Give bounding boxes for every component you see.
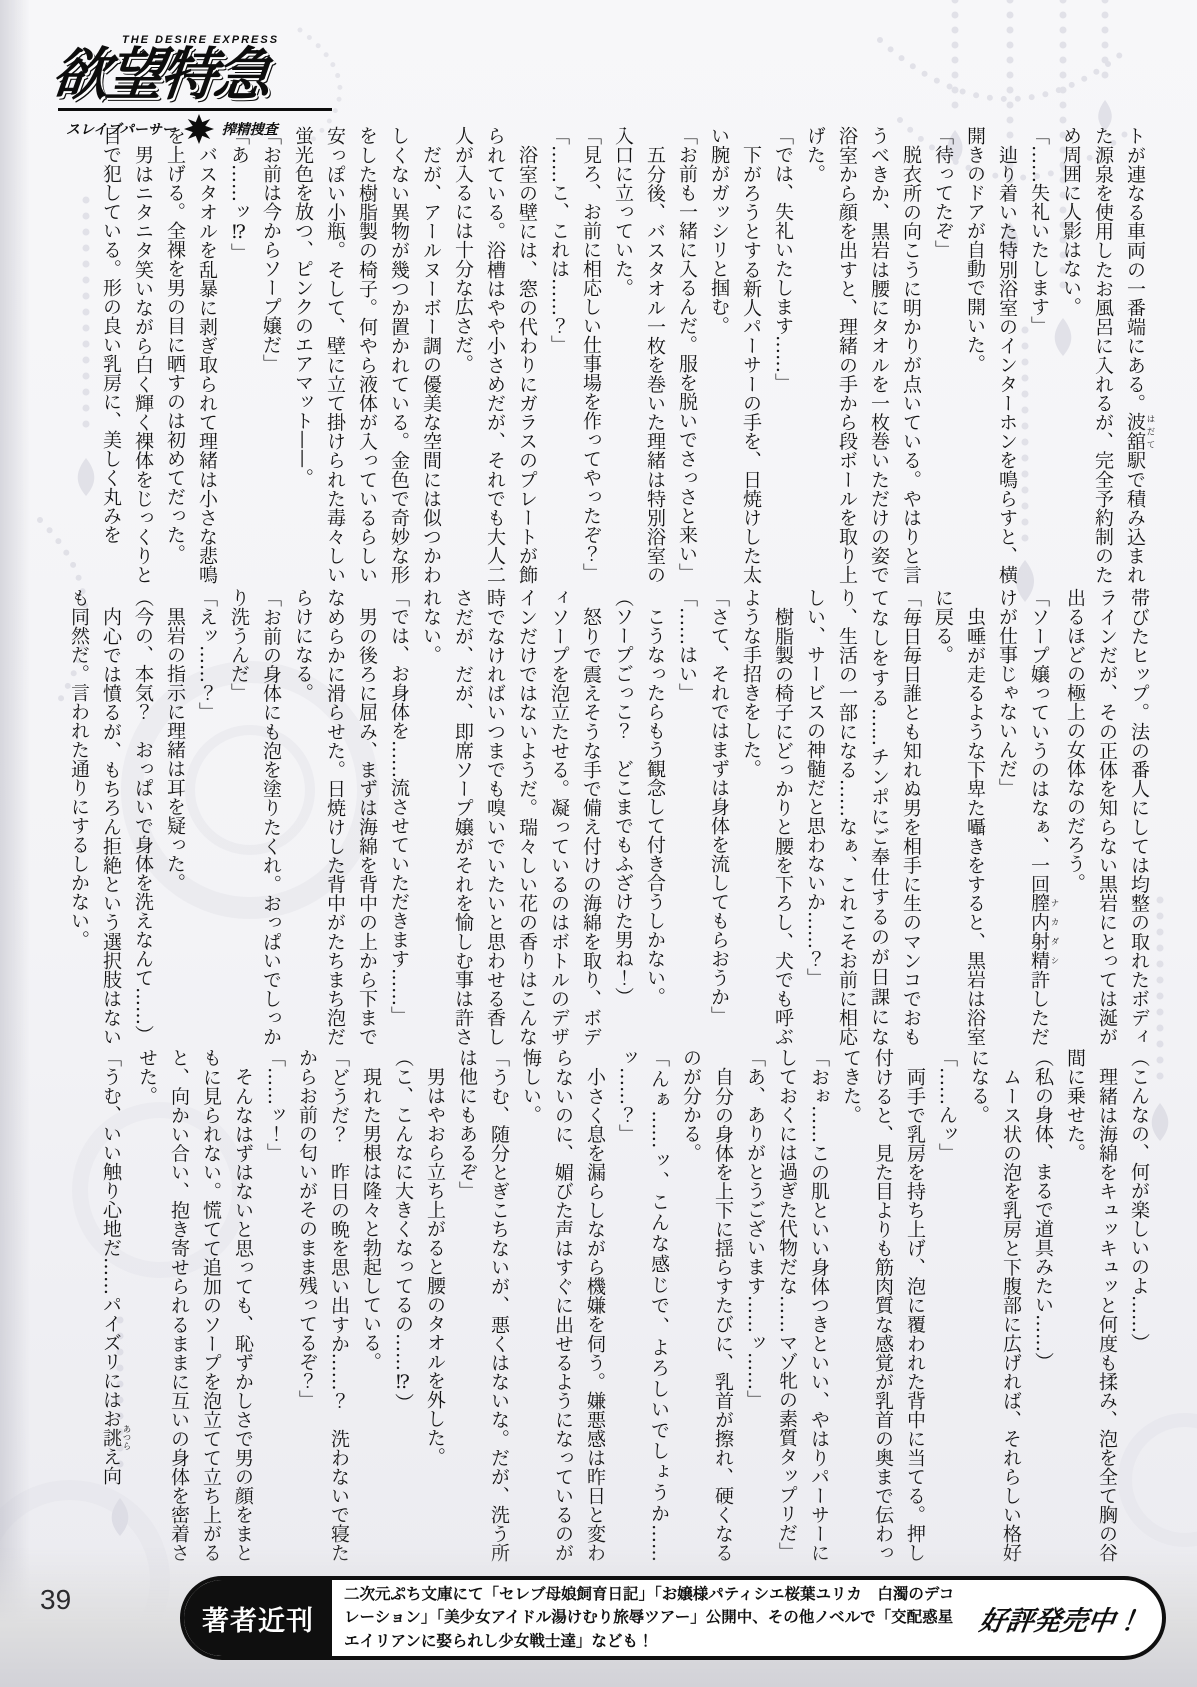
banner-label: 著者近刊 bbox=[184, 1580, 332, 1656]
novel-paragraph: 男はやおら立ち上がると腰のタオルを外した。 bbox=[419, 1048, 451, 1562]
novel-paragraph: 「……ッ！」 bbox=[259, 1048, 291, 1562]
novel-paragraph: 「見ろ、お前に相応しい仕事場を作ってやったぞ？」 bbox=[575, 126, 607, 584]
page-number: 39 bbox=[40, 1584, 71, 1616]
novel-paragraph: 虫唾が走るような下卑た囁きをすると、黒岩は浴室に戻る。 bbox=[927, 588, 991, 1046]
novel-paragraph: （私の身体、まるで道具みたい……） bbox=[1027, 1048, 1059, 1562]
novel-page: THE DESIRE EXPRESS 欲望特急 スレイブパーサー 搾精捜査 トが… bbox=[0, 0, 1197, 1687]
novel-paragraph: 「ソープ嬢っていうのはなぁ、一回膣内射精ナカダシ許しただけが仕事じゃないんだ」 bbox=[991, 588, 1059, 1046]
novel-paragraph: 「待ってたぞ」 bbox=[927, 126, 959, 584]
novel-paragraph: トが連なる車両の一番端にある。波舘はだて駅で積み込まれた源泉を使用したお風呂に入… bbox=[1055, 126, 1155, 584]
banner-text: 二次元ぷち文庫にて「セレブ母娘飼育日記」「お嬢様パティシエ桜葉ユリカ 白濁のデコ… bbox=[332, 1583, 980, 1653]
novel-paragraph: バスタオルを乱暴に剥ぎ取られて理緒は小さな悲鳴を上げる。全裸を男の目に晒すのは初… bbox=[159, 126, 223, 584]
novel-paragraph: 内心では憤るが、もちろん拒絶という選択肢はないも同然だ。言われた通りにするしかな… bbox=[63, 588, 127, 1046]
novel-paragraph: 「うむ、随分とぎこちないが、悪くはないな。だが、洗う所は他にもあるぞ」 bbox=[451, 1048, 515, 1562]
novel-paragraph: 「んぁ……ッ、こんな感じで、よろしいでしょうか……ッ……？」 bbox=[611, 1048, 675, 1562]
text-band-1: トが連なる車両の一番端にある。波舘はだて駅で積み込まれた源泉を使用したお風呂に入… bbox=[37, 126, 1155, 584]
novel-paragraph: だが、アールヌーボー調の優美な空間には似つかわしくない異物が幾つか置かれている。… bbox=[287, 126, 447, 584]
novel-paragraph: 五分後、バスタオル一枚を巻いた理緒は特別浴室の入口に立っていた。 bbox=[607, 126, 671, 584]
novel-paragraph: 「あ、ありがとうございます……ッ……」 bbox=[739, 1048, 771, 1562]
novel-paragraph: 男の後ろに屈み、まずは海綿を背中の上から下までなめらかに滑らせた。日焼けした背中… bbox=[287, 588, 383, 1046]
banner-sale-text: 好評発売中！ bbox=[977, 1599, 1164, 1638]
novel-paragraph: （ソープごっこ？ どこまでもふざけた男ね！） bbox=[607, 588, 639, 1046]
novel-paragraph: 両手で乳房を持ち上げ、泡に覆われた背中に当てる。押し付けると、見た目よりも筋肉質… bbox=[835, 1048, 931, 1562]
novel-paragraph: ムース状の泡を乳房と下腹部に広げれば、それらしい格好になる。 bbox=[963, 1048, 1027, 1562]
publisher-banner: 著者近刊 二次元ぷち文庫にて「セレブ母娘飼育日記」「お嬢様パティシエ桜葉ユリカ … bbox=[180, 1576, 1166, 1660]
novel-paragraph: 辿り着いた特別浴室のインターホンを鳴らすと、横開きのドアが自動で開いた。 bbox=[959, 126, 1023, 584]
novel-paragraph: 「毎日毎日誰とも知れぬ男を相手に生のマンコでおもてなしをする……チンポにご奉仕す… bbox=[799, 588, 927, 1046]
novel-paragraph: 樹脂製の椅子にどっかりと腰を下ろし、犬でも呼ぶような手招きをした。 bbox=[735, 588, 799, 1046]
novel-paragraph: 「では、失礼いたします……」 bbox=[767, 126, 799, 584]
novel-paragraph: 帯びたヒップ。法の番人にしては均整の取れたボディラインだが、その正体を知らない黒… bbox=[1059, 588, 1155, 1046]
novel-paragraph: 「あ……ッ⁉」 bbox=[223, 126, 255, 584]
novel-paragraph: 「お前の身体にも泡を塗りたくれ。おっぱいでしっかり洗うんだ」 bbox=[223, 588, 287, 1046]
novel-paragraph: 「おぉ……この肌といい身体つきといい、やはりパーサーにしておくには過ぎた代物だな… bbox=[771, 1048, 835, 1562]
logo-title: 欲望特急 bbox=[49, 46, 335, 104]
novel-paragraph: 「……失礼いたします」 bbox=[1023, 126, 1055, 584]
novel-paragraph: 「……んッ」 bbox=[931, 1048, 963, 1562]
novel-paragraph: 「うむ、いい触り心地だ……パイズリにはお誂あつらえ向 bbox=[95, 1048, 131, 1562]
novel-paragraph: 黒岩の指示に理緒は耳を疑った。 bbox=[159, 588, 191, 1046]
novel-paragraph: 「さて、それではまずは身体を流してもらおうか」 bbox=[703, 588, 735, 1046]
novel-paragraph: 怒りで震えそうな手で備え付けの海綿を取り、ボディソープを泡立たせる。凝っているの… bbox=[415, 588, 607, 1046]
novel-paragraph: 脱衣所の向こうに明かりが点いている。やはりと言うべきか、黒岩は腰にタオルを一枚巻… bbox=[799, 126, 927, 584]
logo-rule bbox=[58, 108, 332, 111]
novel-paragraph: 「……こ、これは……？」 bbox=[543, 126, 575, 584]
novel-paragraph: （こんなの、何が楽しいのよ……） bbox=[1123, 1048, 1155, 1562]
novel-paragraph: 「では、お身体を……流させていただきます……」 bbox=[383, 588, 415, 1046]
novel-paragraph: こうなったらもう観念して付き合うしかない。 bbox=[639, 588, 671, 1046]
text-band-3: （こんなの、何が楽しいのよ……）理緒は海綿をキュッキュッと何度も揉み、泡を全て胸… bbox=[37, 1048, 1155, 1562]
novel-paragraph: 「お前も一緒に入るんだ。服を脱いでさっさと来い」 bbox=[671, 126, 703, 584]
novel-paragraph: そんなはずはないと思っても、恥ずかしさで男の顔をまともに見られない。慌てて追加の… bbox=[131, 1048, 259, 1562]
novel-paragraph: 自分の身体を上下に揺らすたびに、乳首が擦れ、硬くなるのが分かる。 bbox=[675, 1048, 739, 1562]
novel-paragraph: 理緒は海綿をキュッキュッと何度も揉み、泡を全て胸の谷間に乗せた。 bbox=[1059, 1048, 1123, 1562]
text-band-2: 帯びたヒップ。法の番人にしては均整の取れたボディラインだが、その正体を知らない黒… bbox=[37, 588, 1155, 1046]
novel-paragraph: 小さく息を漏らしながら機嫌を伺う。嫌悪感は昨日と変わらないのに、媚びた声はすぐに… bbox=[515, 1048, 611, 1562]
novel-paragraph: 「えッ……？」 bbox=[191, 588, 223, 1046]
novel-paragraph: 下がろうとする新人パーサーの手を、日焼けした太い腕がガッシリと掴む。 bbox=[703, 126, 767, 584]
novel-paragraph: （今の、本気？ おっぱいで身体を洗えなんて……） bbox=[127, 588, 159, 1046]
novel-paragraph: 「……はい」 bbox=[671, 588, 703, 1046]
page-edge-shading bbox=[0, 0, 30, 1687]
novel-paragraph: 「どうだ？ 昨日の晩を思い出すか……？ 洗わないで寝たからお前の匂いがそのまま残… bbox=[291, 1048, 355, 1562]
novel-paragraph: 男はニタニタ笑いながら白く輝く裸体をじっくりと目で犯している。形の良い乳房に、美… bbox=[95, 126, 159, 584]
novel-paragraph: 「お前は今からソープ嬢だ」 bbox=[255, 126, 287, 584]
novel-paragraph: 現れた男根は隆々と勃起している。 bbox=[355, 1048, 387, 1562]
novel-paragraph: 浴室の壁には、窓の代わりにガラスのプレートが飾られている。浴槽はやや小さめだが、… bbox=[447, 126, 543, 584]
novel-paragraph: （こ、こんなに大きくなってるの……⁉） bbox=[387, 1048, 419, 1562]
